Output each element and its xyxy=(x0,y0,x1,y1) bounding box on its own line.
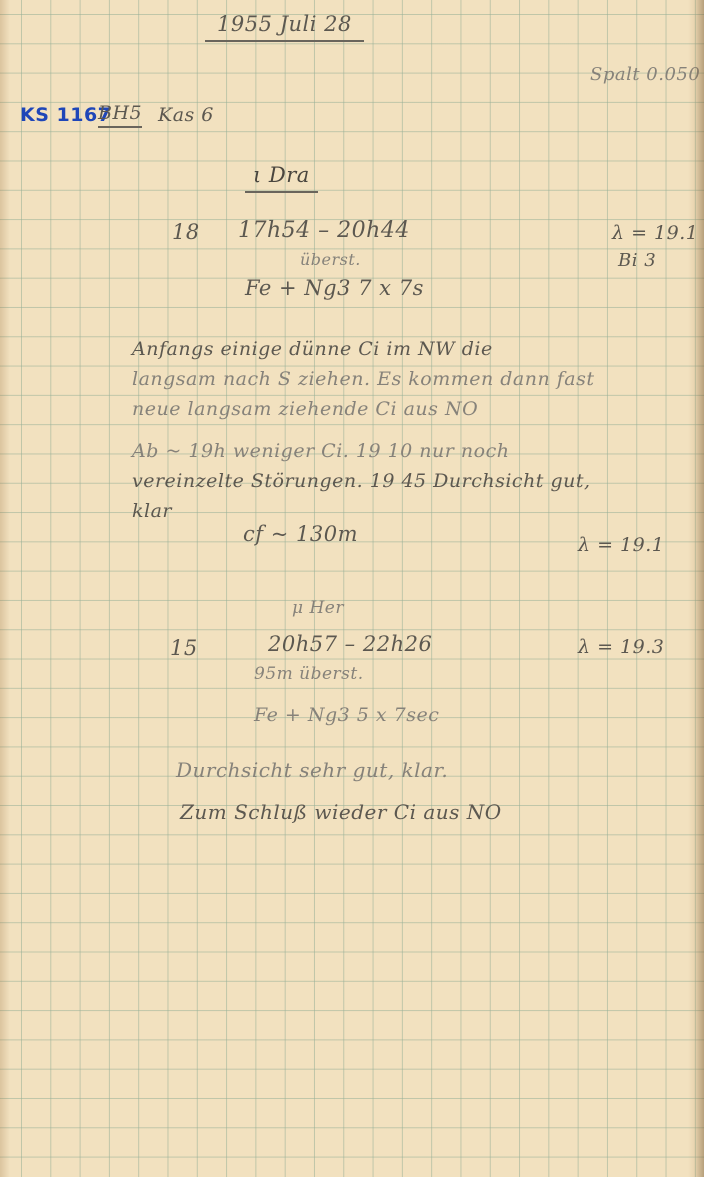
page-date: 1955 Juli 28 xyxy=(205,12,364,42)
entry-1-cf: cf ~ 130m xyxy=(243,522,358,546)
entry-2-time-start: 20h57 xyxy=(268,632,337,656)
entry-2-plate: Fe + Ng3 5 x 7sec xyxy=(254,704,439,726)
entry-1-remark-line: klar xyxy=(132,500,172,522)
entry-1-remark-line: vereinzelte Störungen. 19 45 Durchsicht … xyxy=(132,470,591,492)
entry-2-remark-line: Durchsicht sehr gut, klar. xyxy=(176,758,448,782)
entry-1-remark-line: langsam nach S ziehen. Es kommen dann fa… xyxy=(132,368,595,390)
entry-1-lambda-end: λ = 19.1 xyxy=(578,534,664,556)
notebook-page: 1955 Juli 28 Spalt 0.050 KS 1167 BH5 Kas… xyxy=(0,0,704,1177)
entry-1-number: 18 xyxy=(172,220,200,244)
entry-2-time-range: 20h57 – 22h26 xyxy=(268,632,432,656)
entry-2-remark-line: Zum Schluß wieder Ci aus NO xyxy=(180,800,502,824)
entry-1-lambda: λ = 19.1 xyxy=(612,222,698,244)
entry-2-lambda: λ = 19.3 xyxy=(578,636,664,658)
entry-1-remark-line: Anfangs einige dünne Ci im NW die xyxy=(132,338,493,360)
entry-2-note: 95m überst. xyxy=(254,664,364,684)
entry-1-time-range: 17h54 – 20h44 xyxy=(238,218,410,243)
star-title: ι Dra xyxy=(245,163,318,193)
entry-2-number: 15 xyxy=(170,636,198,660)
entry-2-time-end: 22h26 xyxy=(363,632,432,656)
camera-label: Kas 6 xyxy=(158,104,214,126)
instrument-label: BH5 xyxy=(98,102,142,128)
entry-1-time-end: 20h44 xyxy=(337,218,410,243)
entry-1-remark-line: neue langsam ziehende Ci aus NO xyxy=(132,398,478,420)
entry-1-note: überst. xyxy=(300,250,361,269)
slit-width: Spalt 0.050 xyxy=(590,64,700,85)
entry-1-time-start: 17h54 xyxy=(238,218,311,243)
entry-1-plate: Fe + Ng3 7 x 7s xyxy=(245,276,424,300)
entry-1-extra: Bi 3 xyxy=(618,250,656,271)
entry-1-remark-line: Ab ~ 19h weniger Ci. 19 10 nur noch xyxy=(132,440,509,462)
entry-2-annotation: μ Her xyxy=(292,598,344,618)
